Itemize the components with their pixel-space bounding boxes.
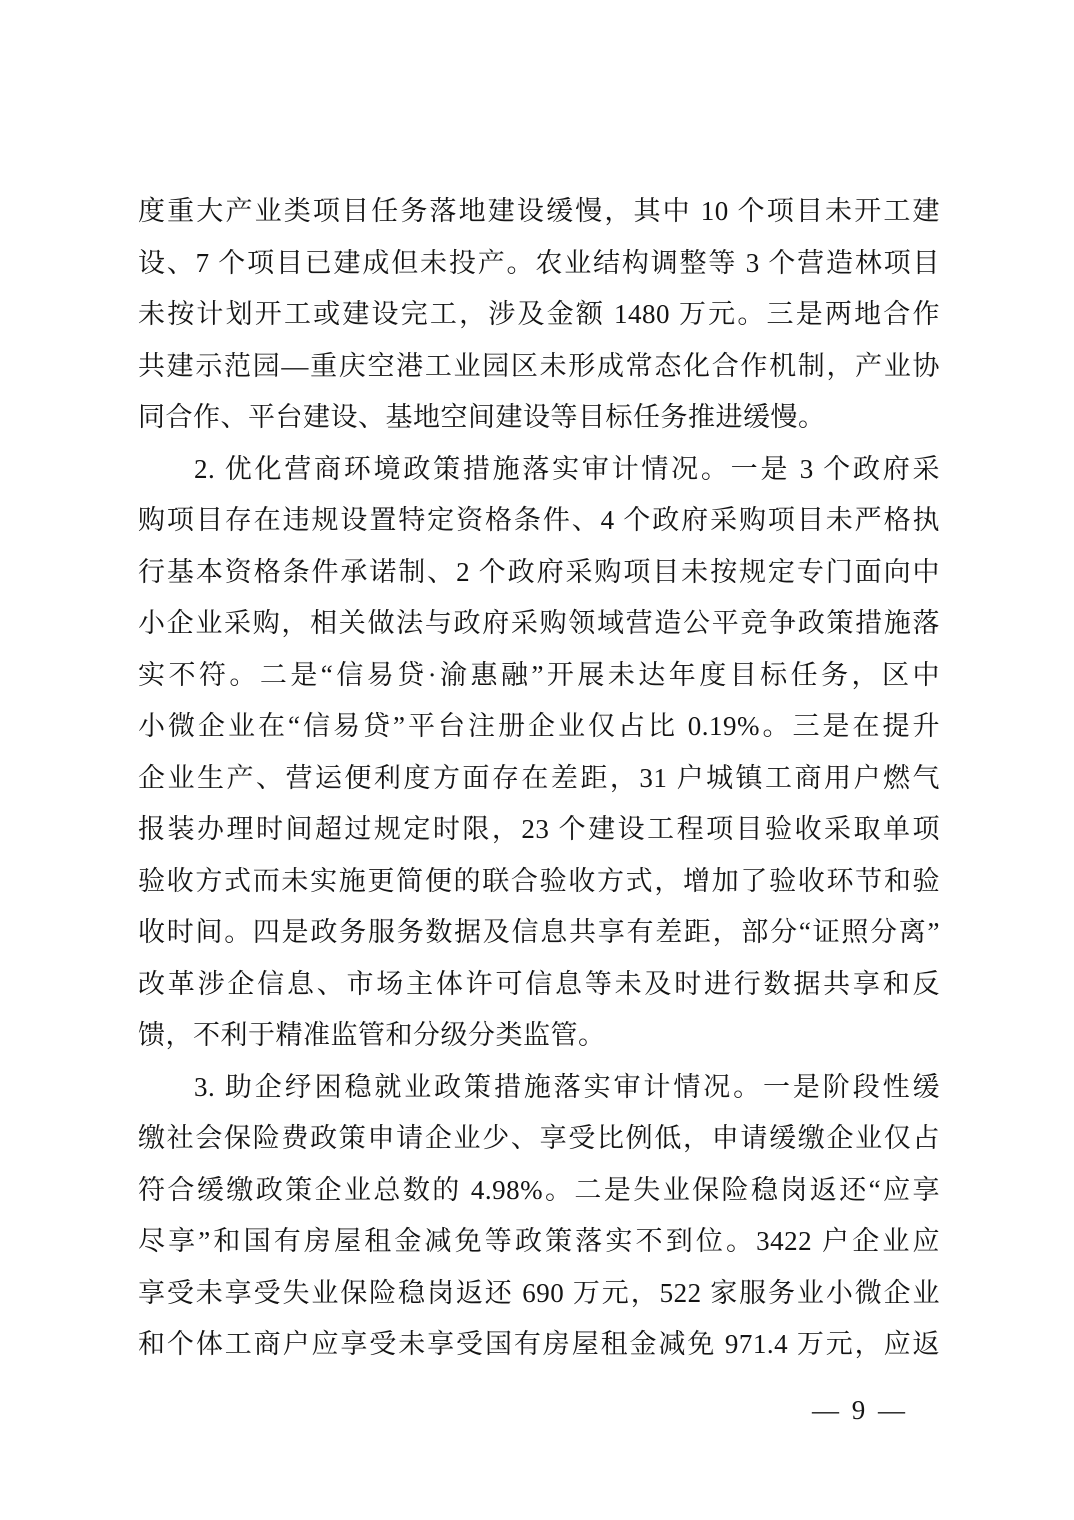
text-line: 小微企业在“信易贷”平台注册企业仅占比 0.19%。三是在提升 (138, 701, 940, 753)
text-line: 符合缓缴政策企业总数的 4.98%。二是失业保险稳岗返还“应享 (138, 1165, 940, 1217)
text-line: 购项目存在违规设置特定资格条件、4 个政府采购项目未严格执 (138, 495, 940, 547)
text-line: 尽享”和国有房屋租金减免等政策落实不到位。3422 户企业应 (138, 1216, 940, 1268)
text-line: 实不符。二是“信易贷·渝惠融”开展未达年度目标任务，区中 (138, 650, 940, 702)
text-line: 度重大产业类项目任务落地建设缓慢，其中 10 个项目未开工建 (138, 186, 940, 238)
text-line: 验收方式而未实施更简便的联合验收方式，增加了验收环节和验 (138, 856, 940, 908)
paragraph: 度重大产业类项目任务落地建设缓慢，其中 10 个项目未开工建设、7 个项目已建成… (138, 186, 940, 444)
text-line: 企业生产、营运便利度方面存在差距，31 户城镇工商用户燃气 (138, 753, 940, 805)
page-number: — 9 — (812, 1393, 908, 1427)
text-line: 享受未享受失业保险稳岗返还 690 万元，522 家服务业小微企业 (138, 1268, 940, 1320)
body-text: 度重大产业类项目任务落地建设缓慢，其中 10 个项目未开工建设、7 个项目已建成… (138, 186, 940, 1371)
paragraph: 2. 优化营商环境政策措施落实审计情况。一是 3 个政府采购项目存在违规设置特定… (138, 444, 940, 1062)
text-line: 收时间。四是政务服务数据及信息共享有差距，部分“证照分离” (138, 907, 940, 959)
text-line: 改革涉企信息、市场主体许可信息等未及时进行数据共享和反 (138, 959, 940, 1011)
text-line: 馈，不利于精准监管和分级分类监管。 (138, 1010, 940, 1062)
text-line: 和个体工商户应享受未享受国有房屋租金减免 971.4 万元，应返 (138, 1319, 940, 1371)
text-line: 同合作、平台建设、基地空间建设等目标任务推进缓慢。 (138, 392, 940, 444)
text-line: 缴社会保险费政策申请企业少、享受比例低，申请缓缴企业仅占 (138, 1113, 940, 1165)
document-page: 度重大产业类项目任务落地建设缓慢，其中 10 个项目未开工建设、7 个项目已建成… (0, 0, 1074, 1520)
paragraph: 3. 助企纾困稳就业政策措施落实审计情况。一是阶段性缓缴社会保险费政策申请企业少… (138, 1062, 940, 1371)
text-line: 小企业采购，相关做法与政府采购领域营造公平竞争政策措施落 (138, 598, 940, 650)
text-line: 报装办理时间超过规定时限，23 个建设工程项目验收采取单项 (138, 804, 940, 856)
text-line: 2. 优化营商环境政策措施落实审计情况。一是 3 个政府采 (138, 444, 940, 496)
text-line: 行基本资格条件承诺制、2 个政府采购项目未按规定专门面向中 (138, 547, 940, 599)
text-line: 3. 助企纾困稳就业政策措施落实审计情况。一是阶段性缓 (138, 1062, 940, 1114)
text-line: 未按计划开工或建设完工，涉及金额 1480 万元。三是两地合作 (138, 289, 940, 341)
text-line: 共建示范园—重庆空港工业园区未形成常态化合作机制，产业协 (138, 341, 940, 393)
text-line: 设、7 个项目已建成但未投产。农业结构调整等 3 个营造林项目 (138, 238, 940, 290)
